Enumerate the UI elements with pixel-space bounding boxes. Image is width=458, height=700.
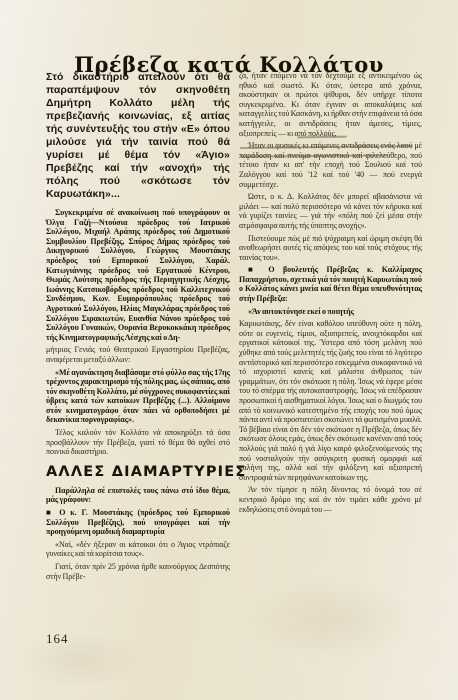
paragraph: Γιατί, όταν πρίν 25 χρόνια ήρθε καινούργ… — [46, 562, 230, 581]
section-subhead: ΑΛΛΕΣ ΔΙΑΜΑΡΤΥΡΙΕΣ — [46, 464, 230, 480]
paragraph: Πιστεύουμε πώς μέ πιό ψύχραιμη καί ώριμη… — [239, 234, 422, 263]
paragraph: «Άν αυτοκτόνησε εκεί ο ποιητής — [239, 307, 422, 317]
paragraph: «Ναί, «δέν ήξεραν οι κάτοικοι ότι ο Άγιο… — [46, 540, 230, 559]
paragraph: Συγκεκριμένα σέ ανακοίνωση πού υπογράφου… — [46, 208, 230, 342]
page-number: 164 — [46, 631, 69, 647]
paragraph: μήτριος Γενιάς τού Θεατρικού Εργαστηρίου… — [46, 345, 230, 364]
left-column: Στό δικαστήριο απειλούν ότι θά παραπέμψο… — [46, 71, 230, 584]
intro-paragraph: Στό δικαστήριο απειλούν ότι θά παραπέμψο… — [46, 71, 230, 201]
paragraph: Τέλος καλούν τόν Κολλάτο νά αποκηρύξει τ… — [46, 428, 230, 457]
paragraph: Άν τόν τίμησε η πόλη δίνοντας τό όνομά τ… — [239, 485, 422, 514]
paragraph: «Μέ αγανάκτηση διαβάσαμε στό φύλλο σας τ… — [46, 368, 230, 426]
paragraph: ■ Ο κ. Γ. Μουστάκης (πρόεδρος τού Εμπορι… — [46, 508, 230, 537]
paragraph: ζα, ήταν επόμενο νά τόν δεχτούμε εξ αντι… — [239, 71, 422, 138]
paragraph: Ώστε, ο κ. Δ. Κολλάτος δέν μπορεί αβασάν… — [239, 192, 422, 230]
scanned-magazine-page: Πρέβεζα κατά Κολλάτου Στό δικαστήριο απε… — [0, 0, 458, 700]
article-body: Στό δικαστήριο απειλούν ότι θά παραπέμψο… — [46, 71, 422, 584]
paragraph: ■ Ο βουλευτής Πρέβεζας κ. Καλλίμαχος Παπ… — [239, 265, 422, 303]
paragraph: Καρυωτάκης, δέν είναι καθόλου υπεύθυνη ο… — [239, 319, 422, 482]
paragraph: Παράλληλα σέ επιστολές τους πάνω στό ίδι… — [46, 486, 230, 505]
